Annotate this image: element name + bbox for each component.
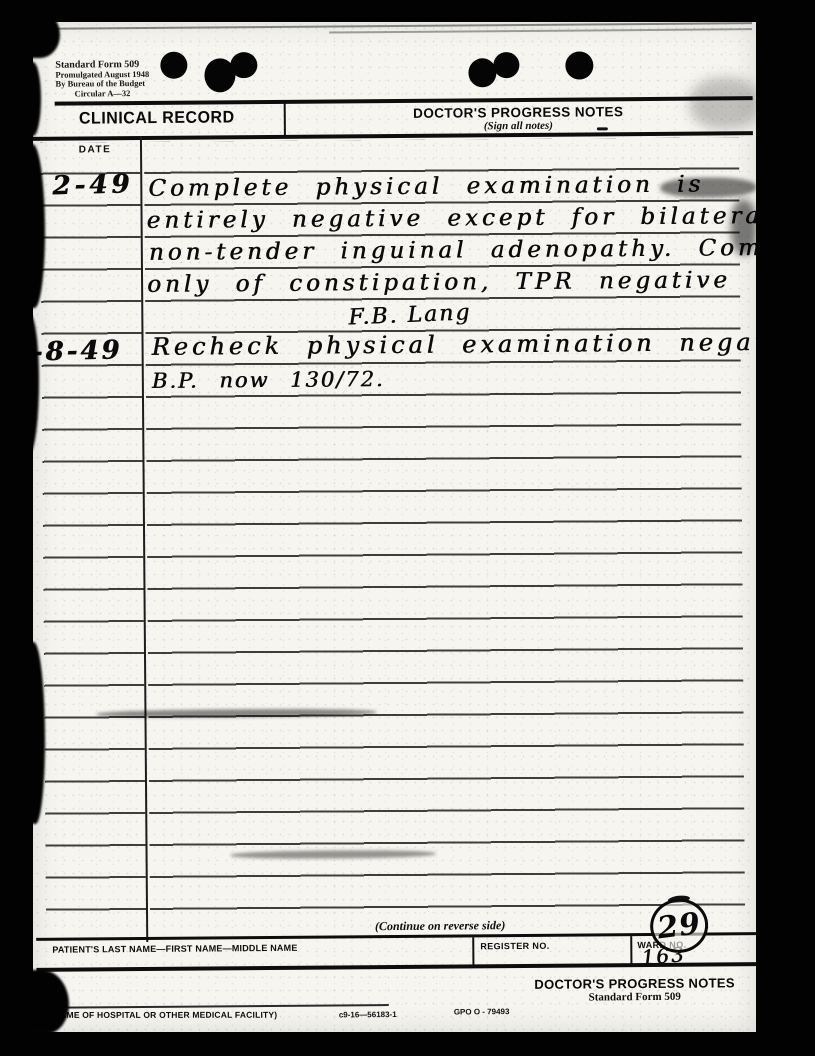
ink-dot	[160, 52, 187, 79]
footer-divider	[630, 936, 632, 965]
ruled-lines-date-column	[40, 142, 146, 913]
ink-dot	[230, 52, 257, 78]
clinical-record-title: CLINICAL RECORD	[33, 108, 284, 129]
scanned-document-background: { "colors": { "background": "#020202", "…	[0, 0, 815, 1056]
form-id-line4: Circular A—32	[56, 88, 150, 98]
register-no-label: REGISTER NO.	[480, 941, 549, 952]
document-page: Standard Form 509 Promulgated August 194…	[33, 22, 756, 1032]
entry-2-line-1: Recheck physical examination negative	[151, 327, 756, 362]
footer-bottom-rule	[36, 962, 756, 972]
ink-dot	[565, 51, 593, 79]
entry-2-line-2: B.P. now 130/72.	[152, 364, 385, 396]
patient-name-label: PATIENT'S LAST NAME—FIRST NAME—MIDDLE NA…	[52, 943, 297, 955]
ink-dot	[493, 52, 519, 78]
hospital-facility-label: (NAME OF HOSPITAL OR OTHER MEDICAL FACIL…	[51, 1010, 278, 1020]
ink-dot	[468, 58, 496, 87]
scan-smudge	[689, 77, 756, 130]
footer-divider	[472, 937, 474, 966]
circled-page-number: 29	[655, 906, 703, 946]
bottom-form-subtitle: Standard Form 509	[505, 990, 756, 1004]
scan-edge-line	[329, 28, 752, 33]
entry-1-date: 2-49	[52, 169, 134, 201]
entry-1-line-2: entirely negative except for bilateral	[146, 201, 756, 236]
form-id-block: Standard Form 509 Promulgated August 194…	[55, 60, 149, 99]
hospital-name-rule	[59, 1004, 389, 1009]
entry-1-line-4: only of constipation, TPR negative	[147, 266, 667, 300]
entry-2-date: -8-49	[33, 335, 123, 367]
print-code-1: c9-16—56183-1	[339, 1010, 397, 1019]
page-content: Standard Form 509 Promulgated August 194…	[33, 22, 756, 1032]
scan-smudge	[660, 177, 756, 198]
entry-1-line-3: non-tender inguinal adenopathy. Complain…	[149, 232, 756, 268]
scan-smudge	[730, 199, 756, 255]
entry-1-line-1: Complete physical examination is	[148, 170, 704, 204]
stray-pen-mark	[597, 127, 608, 130]
print-code-2: GPO O - 79493	[454, 1007, 510, 1016]
entry-1-signature: F.B. Lang	[348, 300, 472, 330]
continue-note: (Continue on reverse side)	[290, 917, 590, 934]
